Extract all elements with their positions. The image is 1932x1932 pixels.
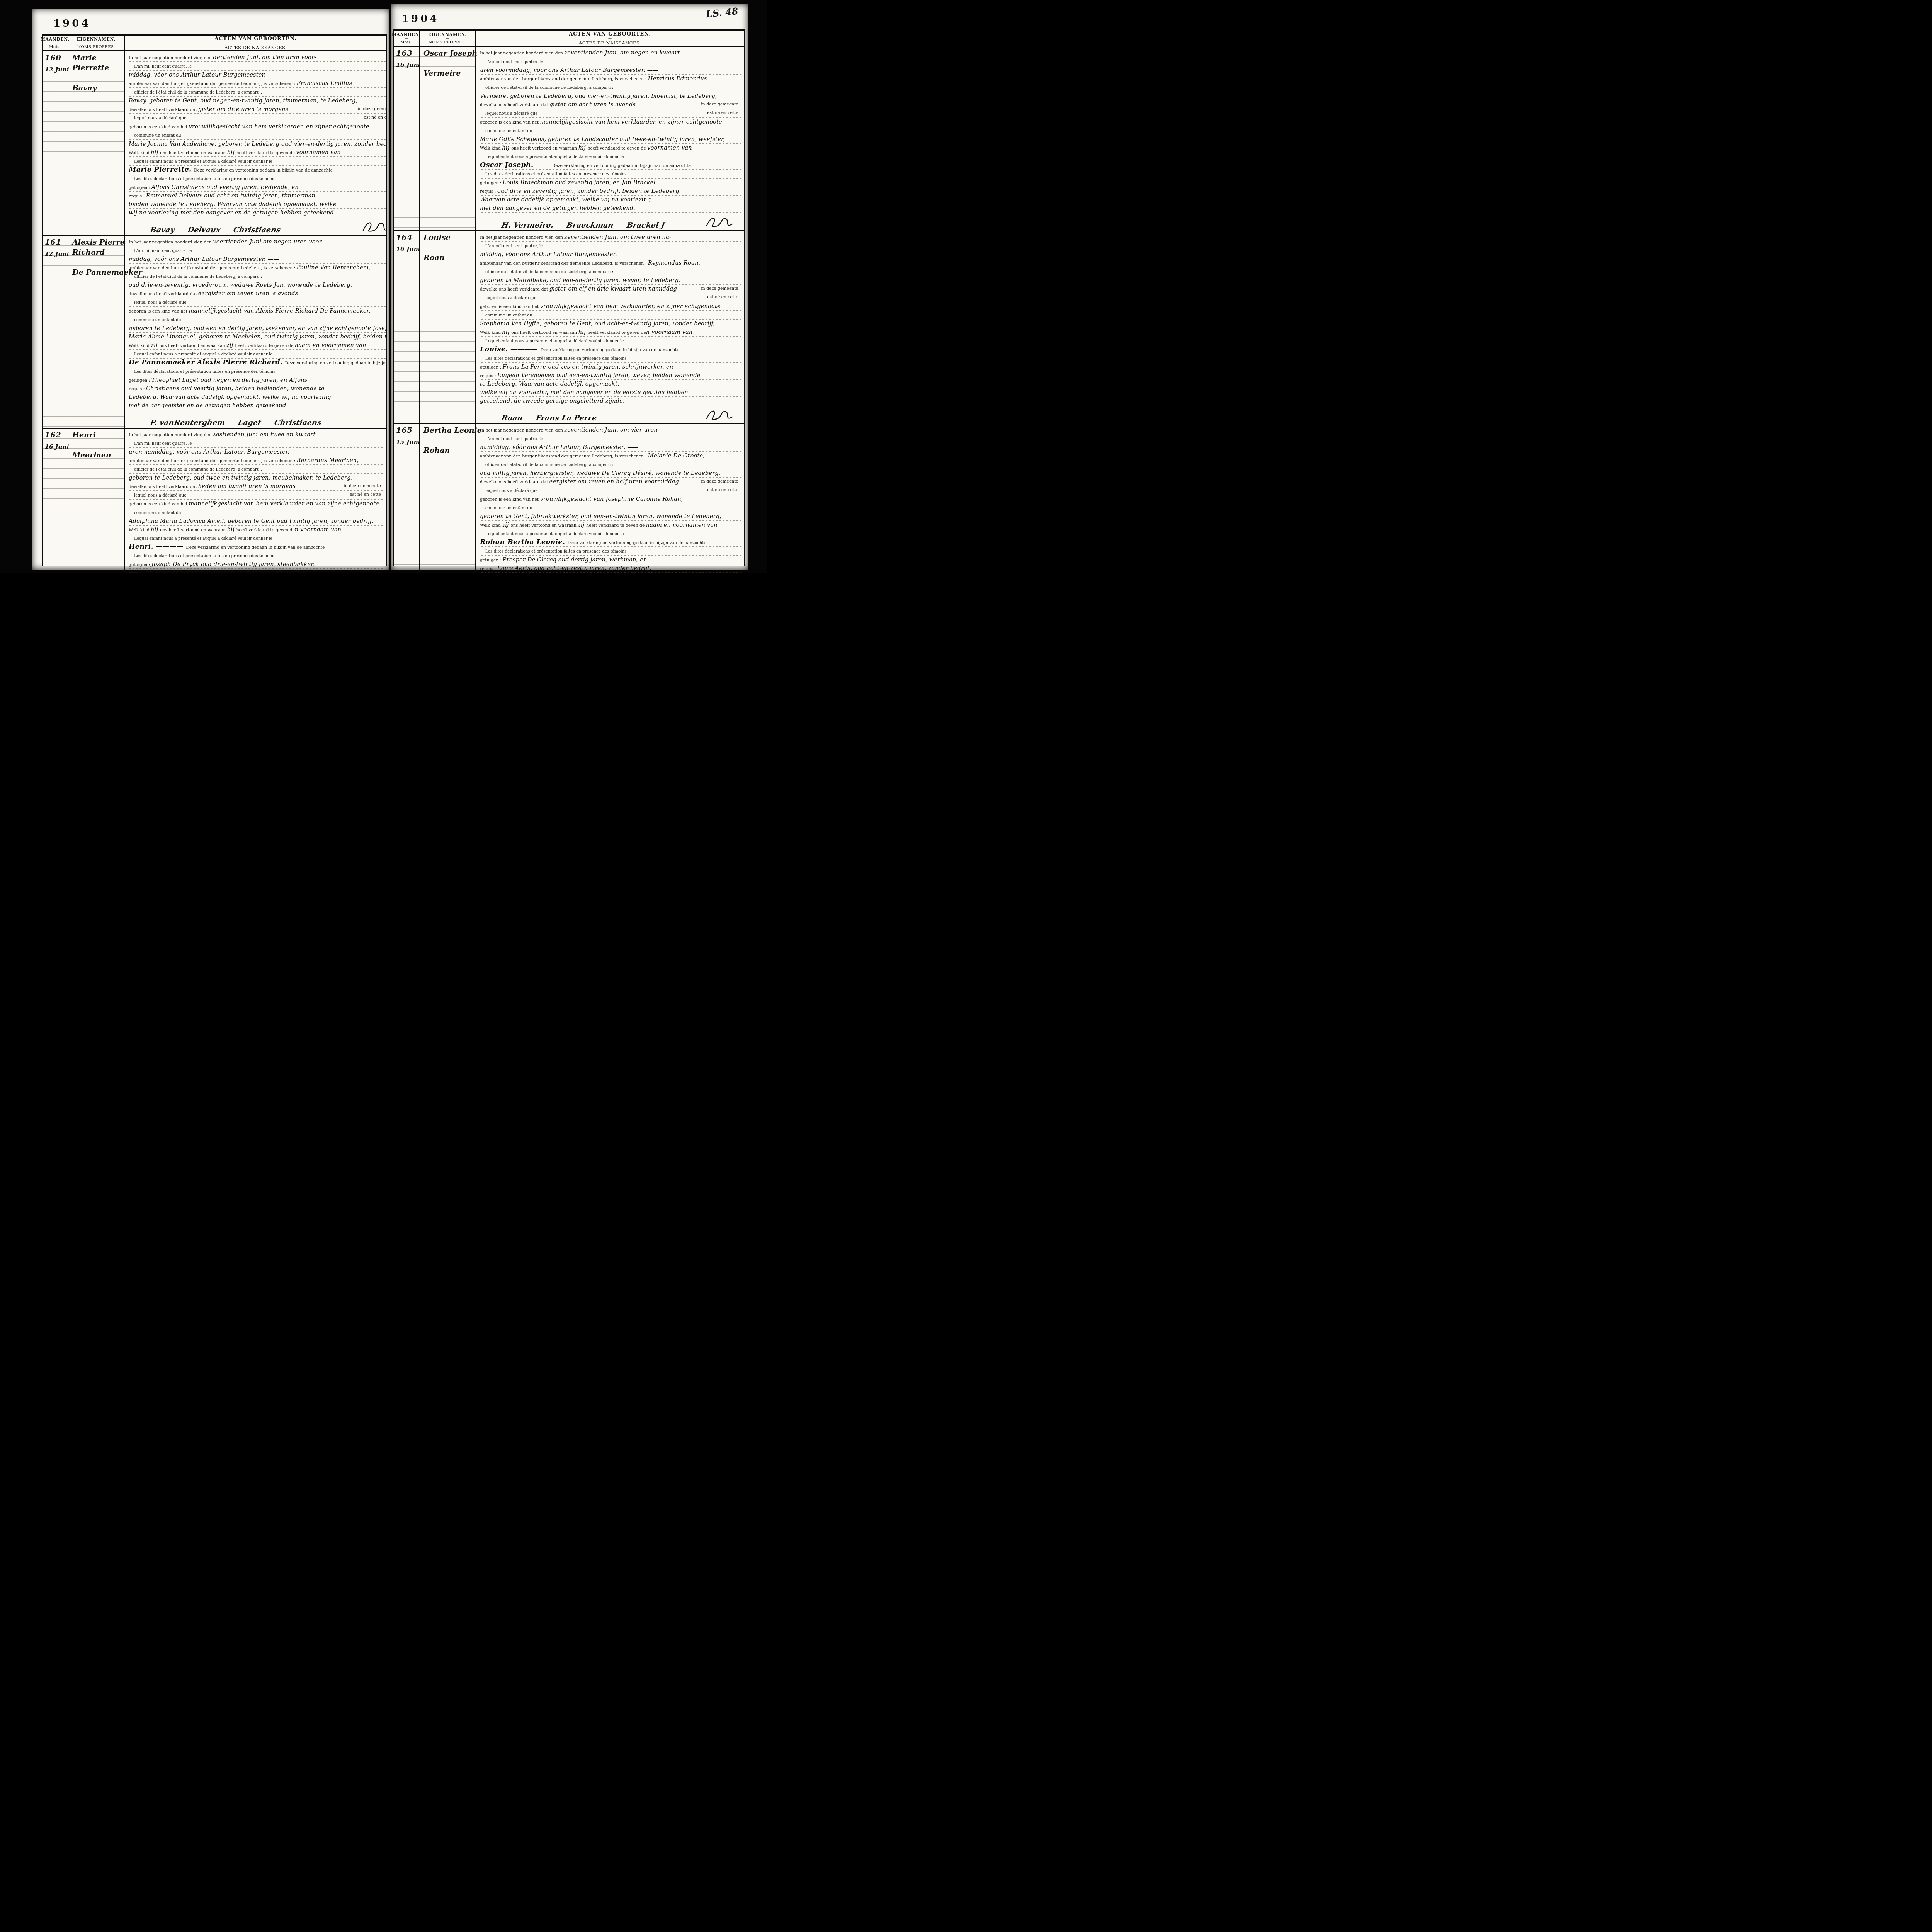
entries-container: 16316 JuniOscar Joseph VermeireIn het ja…	[394, 47, 744, 573]
column-header-label: Mois.	[400, 40, 412, 44]
printed-form-text: dewelke ons heeft verklaard dat	[480, 287, 549, 292]
act-text-line: requis : Eugeen Versnoeyen oud een-en-tw…	[480, 371, 741, 380]
handwritten-text: Rohan Bertha Leonie.	[480, 538, 568, 546]
child-name-line: Bertha Leonie	[423, 425, 474, 435]
handwritten-text: hij	[502, 329, 511, 335]
handwritten-text: hij	[151, 527, 160, 533]
signatures-row: P. vanRenterghemLagetChristiaens	[129, 410, 386, 428]
printed-form-text: ambtenaar van den burgerlijkenstand der …	[480, 454, 648, 459]
handwritten-text: geboren te Ledeberg, oud twee-en-twintig…	[129, 475, 352, 481]
handwritten-text: Stephania Van Hyfte, geboren te Gent, ou…	[480, 321, 715, 327]
act-text-line: dewelke ons heeft verklaard dat gister o…	[129, 105, 386, 114]
act-text-line: Les dites déclarations et présentation f…	[129, 551, 383, 560]
act-text-line: commune un enfant du	[480, 126, 741, 135]
printed-form-text: Les dites déclarations et présentation f…	[129, 177, 276, 181]
printed-form-text: In het jaar negentien honderd vier, den	[480, 51, 564, 56]
act-text-line: officier de l'état-civil de la commune d…	[129, 465, 383, 474]
printed-form-text: Lequel enfant nous a présenté et auquel …	[129, 536, 272, 541]
child-name-line: De Pannemaeker	[72, 267, 122, 277]
signature: P. vanRenterghem	[150, 418, 226, 427]
handwritten-text: mannelijkgeslacht van hem verklaarder, e…	[540, 119, 722, 125]
act-text-line: In het jaar negentien honderd vier, den …	[480, 49, 741, 57]
page-year-title: 1904	[53, 18, 90, 29]
printed-form-text: Lequel enfant nous a présenté et auquel …	[480, 532, 624, 536]
printed-form-text: requis :	[129, 194, 146, 199]
register-table: MAANDEN. — Mois. EIGENNAMEN. — NOMS PROP…	[393, 29, 745, 566]
column-header-label: NOMS PROPRES.	[77, 45, 115, 49]
child-name-line: Vermeire	[423, 68, 474, 78]
handwritten-text: wij na voorlezing met den aangever en de…	[129, 210, 336, 216]
act-text-line: L'an mil neuf cent quatre, le	[129, 246, 386, 255]
act-text-line: lequel nous a déclaré queest né en cette	[129, 298, 386, 307]
act-text-line: lequel nous a déclaré queest né en cette	[480, 486, 741, 495]
printed-form-text: requis :	[129, 386, 146, 391]
act-text-line: middag, vóór ons Arthur Latour Burgemees…	[129, 71, 386, 79]
printed-form-text: lequel nous a déclaré que	[129, 116, 186, 121]
table-header-row: MAANDEN. — Mois. EIGENNAMEN. — NOMS PROP…	[43, 36, 386, 51]
printed-form-text: geboren is een kind van het	[480, 120, 540, 125]
column-header-acts: ACTEN VAN GEBOORTEN. — ACTES DE NAISSANC…	[476, 31, 744, 46]
handwritten-text: eergister om zeven uren 's avonds	[198, 291, 298, 297]
printed-form-text: Les dites déclarations et présentation f…	[480, 356, 627, 361]
printed-form-text: Deze verklaring en vertooning gedaan in …	[186, 545, 325, 550]
printed-form-text: heeft verklaard te geven de	[236, 527, 295, 532]
child-name-line: Marie	[72, 53, 122, 63]
signatures-row: RoanFrans La Perre	[480, 405, 741, 423]
child-name-line: Alexis Pierre	[72, 237, 122, 247]
printed-form-text: geboren is een kind van het	[129, 124, 189, 129]
printed-form-text: heeft verklaard te geven de	[586, 523, 646, 528]
act-text-line: requis : oud drie en zeventig jaren, zon…	[480, 187, 741, 196]
entry-margin-cell: 16216 Juni	[43, 429, 68, 573]
handwritten-text: oud vijftig jaren, herbergierster, weduw…	[480, 470, 721, 476]
printed-form-text: in deze gemeente	[701, 100, 741, 108]
act-text-line: Stephania Van Hyfte, geboren te Gent, ou…	[480, 320, 741, 328]
printed-form-text: Deze verklaring en vertooning gedaan in …	[285, 361, 386, 366]
act-text-line: officier de l'état-civil de la commune d…	[129, 272, 386, 281]
column-header-months: MAANDEN. — Mois.	[43, 36, 68, 50]
handwritten-text: Louise. ————	[480, 345, 541, 353]
act-text-line: met den aangever en de getuigen hebben g…	[480, 204, 741, 213]
printed-form-text: commune un enfant du	[129, 510, 181, 515]
act-text-line: Waarvan acte dadelijk opgemaakt, welke w…	[480, 196, 741, 204]
printed-form-text: in deze gemeente	[701, 285, 741, 292]
handwritten-text: met de aangeefster en de getuigen hebben…	[129, 403, 288, 409]
entry-number: 163	[396, 49, 417, 58]
handwritten-text: Alfons Christiaens oud veertig jaren, Be…	[151, 184, 299, 190]
act-text-line: lequel nous a déclaré queest né en cette	[129, 491, 383, 500]
register-entry: 16515 JuniBertha Leonie RohanIn het jaar…	[394, 424, 744, 573]
handwritten-text: zij	[226, 342, 235, 349]
signature: Brackel J	[626, 221, 665, 230]
entry-margin-cell: 16515 Juni	[394, 424, 420, 573]
act-text-line: Maria Alicie Linonquel, geboren te Meche…	[129, 333, 386, 341]
printed-form-text: est né en cette	[350, 491, 383, 498]
printed-form-text: Deze verklaring en vertooning gedaan in …	[568, 540, 706, 545]
child-name-line	[423, 435, 474, 446]
printed-form-text: lequel nous a déclaré que	[129, 493, 186, 498]
official-paraph-flourish	[705, 216, 734, 230]
handwritten-text: Marie Joanna Van Audenhove, geboren te L…	[129, 141, 386, 147]
act-text-line: geboren te Ledeberg, oud twee-en-twintig…	[129, 474, 383, 482]
signature: Roan	[501, 414, 523, 422]
printed-form-text: ambtenaar van den burgerlijkenstand der …	[480, 77, 648, 82]
act-text-line: middag, vóór ons Arthur Latour Burgemees…	[129, 255, 386, 264]
column-header-names: EIGENNAMEN. — NOMS PROPRES.	[420, 31, 476, 46]
child-name-line	[72, 73, 122, 83]
printed-form-text: getuigen :	[129, 378, 151, 383]
act-text-line: getuigen : Theophiel Laget oud negen en …	[129, 376, 386, 384]
printed-form-text: requis :	[480, 566, 497, 571]
printed-form-text: getuigen :	[480, 180, 503, 185]
act-text-line: met de aangeefster en de getuigen hebben…	[129, 401, 386, 410]
printed-form-text: geboren is een kind van het	[129, 502, 189, 507]
official-paraph-flourish	[362, 220, 386, 234]
handwritten-text: Frans La Perre oud zes-en-twintig jaren,…	[503, 364, 673, 370]
handwritten-text: vrouwlijkgeslacht van hem verklaarder, e…	[540, 303, 721, 310]
entry-name-cell: Oscar Joseph Vermeire	[420, 47, 476, 230]
register-entry: 16416 JuniLouise RoanIn het jaar negenti…	[394, 231, 744, 424]
handwritten-text: mannelijkgeslacht van hem verklaarder en…	[189, 501, 379, 507]
printed-form-text: Les dites déclarations et présentation f…	[480, 549, 627, 554]
act-text-line: oud vijftig jaren, herbergierster, weduw…	[480, 469, 741, 478]
handwritten-text: geboren te Gent, fabriekwerkster, oud ee…	[480, 514, 721, 520]
entry-date: 12 Juni	[45, 66, 66, 73]
handwritten-text: veertienden Juni om negen uren voor-	[213, 239, 324, 245]
handwritten-text: Adolphina Maria Ludovica Ameil, geboren …	[129, 518, 374, 524]
printed-form-text: commune un enfant du	[129, 133, 181, 138]
signature: Delvaux	[187, 226, 221, 234]
handwritten-text: zestienden Juni om twee en kwaart	[213, 432, 315, 438]
act-text-line: In het jaar negentien honderd vier, den …	[129, 238, 386, 246]
printed-form-text: requis :	[480, 373, 497, 378]
printed-form-text: Les dites déclarations et présentation f…	[480, 172, 627, 177]
handwritten-text: en Prosper Aernaut oud zeven-en-twintig …	[146, 570, 307, 573]
handwritten-text: Ledeberg. Waarvan acte dadelijk opgemaak…	[129, 394, 331, 400]
act-text-line: commune un enfant du	[129, 131, 386, 140]
printed-form-text: L'an mil neuf cent quatre, le	[129, 64, 192, 69]
act-text-line: Marie Odile Schepens, geboren te Landsca…	[480, 135, 741, 144]
act-text-line: oud drie-en-zeventig, vroedvrouw, weduwe…	[129, 281, 386, 289]
act-text-line: officier de l'état-civil de la commune d…	[480, 460, 741, 469]
printed-form-text: Lequel enfant nous a présenté et auquel …	[129, 159, 272, 164]
printed-form-text: est né en cette	[364, 114, 386, 121]
handwritten-text: uren namiddag, vóór ons Arthur Latour, B…	[129, 449, 303, 455]
act-text-line: wij na voorlezing met den aangever en de…	[129, 209, 386, 217]
act-text-line: geboren is een kind van het vrouwlijkges…	[129, 122, 386, 131]
act-text-line: Welk kind hij ons heeft vertoond en waar…	[480, 328, 741, 337]
printed-form-text: dewelke ons heeft verklaard dat	[129, 484, 198, 489]
handwritten-text: gister om acht uren 's avonds	[549, 102, 636, 108]
handwritten-text: Franciscus Emilius	[297, 80, 352, 87]
act-text-line: Lequel enfant nous a présenté et auquel …	[129, 350, 386, 359]
handwritten-text: Marie Odile Schepens, geboren te Landsca…	[480, 136, 725, 143]
entry-act-text: In het jaar negentien honderd vier, den …	[476, 231, 744, 423]
column-header-months: MAANDEN. — Mois.	[394, 31, 420, 46]
act-text-line: Adolphina Maria Ludovica Ameil, geboren …	[129, 517, 383, 526]
act-text-line: L'an mil neuf cent quatre, le	[480, 434, 741, 443]
handwritten-text: Bernardus Meerlaen,	[297, 457, 359, 464]
child-name-line	[423, 243, 474, 253]
handwritten-text: zij	[578, 522, 586, 528]
printed-form-text: ons heeft vertoond en waaraan	[160, 343, 227, 348]
act-text-line: ambtenaar van den burgerlijkenstand der …	[129, 79, 386, 88]
handwritten-text: zeventienden Juni, om negen en kwaart	[564, 50, 680, 56]
handwritten-text: Marie Pierrette.	[129, 166, 194, 173]
printed-form-text: officier de l'état-civil de la commune d…	[129, 274, 262, 279]
handwritten-text: voornamen van	[647, 145, 692, 151]
entry-margin-cell: 16012 Juni	[43, 51, 68, 235]
act-text-line: dewelke ons heeft verklaard dat eergiste…	[480, 478, 741, 486]
column-header-label: Mois.	[49, 45, 61, 49]
handwritten-text: Pauline Van Renterghem,	[297, 265, 371, 271]
handwritten-text: Louis Aerts, oud acht-en-zestig jaren, z…	[497, 565, 651, 571]
entry-name-cell: MariePierrette Bavay	[68, 51, 125, 235]
child-name-line	[423, 58, 474, 68]
entry-name-cell: Alexis PierreRichard De Pannemaeker	[68, 236, 125, 428]
handwritten-text: Maria Alicie Linonquel, geboren te Meche…	[129, 334, 386, 340]
printed-form-text: in deze gemeente	[344, 482, 383, 490]
act-text-line: requis : en Prosper Aernaut oud zeven-en…	[129, 569, 383, 573]
handwritten-text: hij	[227, 150, 236, 156]
act-text-line: dewelke ons heeft verklaard dat gister o…	[480, 285, 741, 293]
column-header-label: ACTES DE NAISSANCES.	[224, 45, 287, 50]
handwritten-text: hij	[578, 145, 588, 151]
act-text-line: Vermeire, geboren te Ledeberg, oud vier-…	[480, 92, 741, 100]
handwritten-text: n voornaam van	[646, 329, 693, 335]
act-text-line: In het jaar negentien honderd vier, den …	[480, 426, 741, 434]
handwritten-text: heden om twaalf uren 's morgens	[198, 483, 296, 490]
entry-act-text: In het jaar negentien honderd vier, den …	[125, 429, 386, 573]
act-text-line: getuigen : Alfons Christiaens oud veerti…	[129, 183, 386, 192]
child-name-line: Roan	[423, 253, 474, 263]
act-text-line: geboren te Gent, fabriekwerkster, oud ee…	[480, 512, 741, 521]
act-text-line: Welk kind zij ons heeft vertoond en waar…	[480, 521, 741, 529]
header-dash: —	[405, 38, 408, 39]
register-scan: 1904 MAANDEN. — Mois. EIGENNAMEN. — NOMS…	[0, 0, 767, 573]
handwritten-text: Eugeen Versnoeyen oud een-en-twintig jar…	[497, 372, 701, 379]
printed-form-text: Welk kind	[480, 146, 502, 151]
act-text-line: geboren is een kind van het vrouwlijkges…	[480, 302, 741, 311]
child-name-line: Meerlaen	[72, 450, 122, 460]
act-text-line: Les dites déclarations et présentation f…	[129, 367, 386, 376]
header-dash: —	[95, 43, 98, 44]
handwritten-text: gister om elf en drie kwaart uren namidd…	[549, 286, 677, 292]
printed-form-text: ambtenaar van den burgerlijkenstand der …	[129, 458, 297, 463]
signature: Christiaens	[274, 418, 322, 427]
header-dash: —	[446, 38, 449, 39]
child-name-line: Oscar Joseph	[423, 48, 474, 58]
act-text-line: Lequel enfant nous a présenté et auquel …	[129, 157, 386, 166]
act-text-line: geteekend, de tweede getuige ongeletterd…	[480, 397, 741, 405]
printed-form-text: In het jaar negentien honderd vier, den	[129, 55, 213, 60]
entry-date: 16 Juni	[45, 443, 66, 450]
handwritten-text: Henricus Edmondus	[648, 76, 707, 82]
act-text-line: Les dites déclarations et présentation f…	[480, 547, 741, 556]
handwritten-text: mannelijkgeslacht van Alexis Pierre Rich…	[189, 308, 371, 314]
act-text-line: middag, vóór ons Arthur Latour Burgemees…	[480, 250, 741, 259]
act-text-line: L'an mil neuf cent quatre, le	[480, 57, 741, 66]
signature: Braeckman	[566, 221, 614, 230]
header-dash: —	[254, 43, 257, 44]
act-text-line: geboren te Meirelbeke, oud een-en-dertig…	[480, 276, 741, 285]
act-text-line: officier de l'état-civil de la commune d…	[480, 267, 741, 276]
act-text-line: Les dites déclarations et présentation f…	[480, 354, 741, 363]
entry-name-cell: Henri Meerlaen	[68, 429, 125, 573]
handwritten-text: hij	[578, 329, 588, 335]
act-text-line: requis : Louis Aerts, oud acht-en-zestig…	[480, 564, 741, 573]
act-text-line: De Pannemaeker Alexis Pierre Richard. De…	[129, 359, 386, 367]
act-text-line: dewelke ons heeft verklaard dat eergiste…	[129, 289, 386, 298]
handwritten-text: namiddag, vóór ons Arthur Latour, Burgem…	[480, 444, 639, 451]
printed-form-text: officier de l'état-civil de la commune d…	[129, 90, 262, 95]
printed-form-text: officier de l'état-civil de la commune d…	[480, 270, 613, 274]
act-text-line: lequel nous a déclaré queest né en cette	[129, 114, 386, 122]
act-text-line: geboren is een kind van het mannelijkges…	[129, 307, 386, 315]
entry-number: 164	[396, 233, 417, 242]
handwritten-text: voornamen van	[296, 150, 341, 156]
printed-form-text: Les dites déclarations et présentation f…	[129, 369, 276, 374]
act-text-line: Marie Joanna Van Audenhove, geboren te L…	[129, 140, 386, 148]
act-text-line: ambtenaar van den burgerlijkenstand der …	[480, 452, 741, 460]
printed-form-text: est né en cette	[707, 486, 741, 493]
handwritten-text: hij	[151, 150, 160, 156]
column-header-label: ACTEN VAN GEBOORTEN.	[214, 36, 297, 42]
handwritten-text: Henri. ————	[129, 543, 186, 551]
signature: Laget	[237, 418, 262, 427]
printed-form-text: Welk kind	[129, 527, 151, 532]
entry-number: 161	[45, 238, 66, 247]
handwritten-text: Waarvan acte dadelijk opgemaakt, welke w…	[480, 197, 651, 203]
act-text-line: ambtenaar van den burgerlijkenstand der …	[480, 75, 741, 83]
entry-margin-cell: 16112 Juni	[43, 236, 68, 428]
act-text-line: Lequel enfant nous a présenté et auquel …	[480, 529, 741, 538]
handwritten-text: geboren te Ledeberg, oud een en dertig j…	[129, 325, 386, 332]
entry-name-cell: Bertha Leonie Rohan	[420, 424, 476, 573]
printed-form-text: geboren is een kind van het	[480, 497, 540, 502]
act-text-line: In het jaar negentien honderd vier, den …	[480, 233, 741, 241]
printed-form-text: commune un enfant du	[480, 313, 532, 318]
child-name-line	[72, 440, 122, 450]
act-text-line: ambtenaar van den burgerlijkenstand der …	[480, 259, 741, 267]
act-text-line: officier de l'état-civil de la commune d…	[129, 88, 386, 97]
act-text-line: officier de l'état-civil de la commune d…	[480, 83, 741, 92]
handwritten-text: Oscar Joseph. ——	[480, 161, 552, 169]
handwritten-text: eergister om zeven en half uren voormidd…	[549, 479, 679, 485]
printed-form-text: L'an mil neuf cent quatre, le	[480, 437, 543, 441]
child-name-line: Henri	[72, 430, 122, 440]
handwritten-text: De Pannemaeker Alexis Pierre Richard.	[129, 359, 285, 366]
signatures-row: BavayDelvauxChristiaens	[129, 217, 386, 235]
handwritten-text: zij	[151, 342, 159, 349]
entry-name-cell: Louise Roan	[420, 231, 476, 423]
entry-number: 160	[45, 54, 66, 62]
act-text-line: lequel nous a déclaré queest né en cette	[480, 109, 741, 118]
handwritten-text: naam en voornamen van	[646, 522, 718, 528]
act-text-line: Lequel enfant nous a présenté et auquel …	[480, 337, 741, 345]
printed-form-text: Lequel enfant nous a présenté et auquel …	[129, 352, 272, 357]
printed-form-text: Welk kind	[480, 330, 502, 335]
handwritten-text: met den aangever en de getuigen hebben g…	[480, 205, 635, 211]
printed-form-text: Deze verklaring en vertooning gedaan in …	[194, 168, 333, 173]
act-text-line: getuigen : Prosper De Clercq oud dertig …	[480, 556, 741, 564]
handwritten-text: zeventienden Juni, om twee uren na-	[564, 234, 671, 240]
printed-form-text: ambtenaar van den burgerlijkenstand der …	[129, 265, 297, 270]
printed-form-text: lequel nous a déclaré que	[129, 300, 186, 305]
handwritten-text: zeventienden Juni, om vier uren	[564, 427, 657, 433]
register-entry: 16112 JuniAlexis PierreRichard De Pannem…	[43, 236, 386, 429]
handwritten-text: Melanie De Groote,	[648, 453, 705, 459]
printed-form-text: geboren is een kind van het	[480, 304, 540, 309]
act-text-line: commune un enfant du	[129, 315, 386, 324]
column-header-label: NOMS PROPRES.	[429, 40, 466, 44]
printed-form-text: getuigen :	[480, 365, 503, 370]
printed-form-text: In het jaar negentien honderd vier, den	[480, 428, 564, 433]
entry-date: 15 Juni	[396, 438, 417, 446]
act-text-line: beiden wonende te Ledeberg. Waarvan acte…	[129, 200, 386, 209]
child-name-line: Bavay	[72, 83, 122, 93]
child-name-line: Richard	[72, 247, 122, 257]
printed-form-text: heeft verklaard te geven de	[235, 343, 295, 348]
register-page-left: 1904 MAANDEN. — Mois. EIGENNAMEN. — NOMS…	[32, 9, 389, 570]
act-text-line: Les dites déclarations et présentation f…	[129, 174, 386, 183]
act-text-line: L'an mil neuf cent quatre, le	[480, 241, 741, 250]
printed-form-text: requis :	[480, 189, 497, 194]
child-name-line: Rohan	[423, 446, 474, 456]
handwritten-text: welke wij na voorlezing met den aangever…	[480, 389, 688, 396]
act-text-line: ambtenaar van den burgerlijkenstand der …	[129, 264, 386, 272]
entry-date: 16 Juni	[396, 245, 417, 253]
act-text-line: lequel nous a déclaré queest né en cette	[480, 293, 741, 302]
act-text-line: commune un enfant du	[480, 503, 741, 512]
handwritten-text: middag, vóór ons Arthur Latour Burgemees…	[480, 252, 630, 258]
printed-form-text: dewelke ons heeft verklaard dat	[480, 480, 549, 485]
handwritten-text: oud drie en zeventig jaren, zonder bedri…	[497, 188, 681, 194]
act-text-line: dewelke ons heeft verklaard dat heden om…	[129, 482, 383, 491]
handwritten-text: hij	[502, 145, 511, 151]
entry-act-text: In het jaar negentien honderd vier, den …	[476, 47, 744, 230]
act-text-line: Rohan Bertha Leonie. Deze verklaring en …	[480, 538, 741, 547]
printed-form-text: Les dites déclarations et présentation f…	[129, 554, 276, 558]
handwritten-text: te Ledeberg. Waarvan acte dadelijk opgem…	[480, 381, 619, 387]
act-text-line: commune un enfant du	[480, 311, 741, 320]
act-text-line: getuigen : Joseph De Pryck oud drie-en-t…	[129, 560, 383, 569]
printed-form-text: getuigen :	[129, 185, 151, 190]
act-text-line: Welk kind zij ons heeft vertoond en waar…	[129, 341, 386, 350]
official-paraph-flourish	[705, 408, 734, 422]
child-name-line	[72, 257, 122, 267]
act-text-line: In het jaar negentien honderd vier, den …	[129, 53, 386, 62]
act-text-line: Bavay, geboren te Gent, oud negen-en-twi…	[129, 97, 386, 105]
child-name-line: Louise	[423, 233, 474, 243]
handwritten-text: geteekend, de tweede getuige ongeletterd…	[480, 398, 625, 404]
column-header-acts: ACTEN VAN GEBOORTEN. — ACTES DE NAISSANC…	[125, 36, 386, 50]
handwritten-text: oud drie-en-zeventig, vroedvrouw, weduwe…	[129, 282, 352, 288]
act-text-line: dewelke ons heeft verklaard dat gister o…	[480, 100, 741, 109]
act-text-line: commune un enfant du	[129, 508, 383, 517]
printed-form-text: commune un enfant du	[480, 506, 532, 510]
printed-form-text: ons heeft vertoond en waaraan	[511, 523, 578, 528]
signature: H. Vermeire.	[501, 221, 554, 230]
printed-form-text: L'an mil neuf cent quatre, le	[129, 248, 192, 253]
handwritten-text: vrouwlijkgeslacht van hem verklaarder, e…	[189, 124, 369, 130]
entry-act-text: In het jaar negentien honderd vier, den …	[125, 51, 386, 235]
entry-margin-cell: 16416 Juni	[394, 231, 420, 423]
handwritten-text: middag, vóór ons Arthur Latour Burgemees…	[129, 72, 279, 78]
act-text-line: Les dites déclarations et présentation f…	[480, 170, 741, 179]
header-dash: —	[608, 38, 612, 39]
handwritten-text: n voornaam van	[295, 527, 342, 533]
